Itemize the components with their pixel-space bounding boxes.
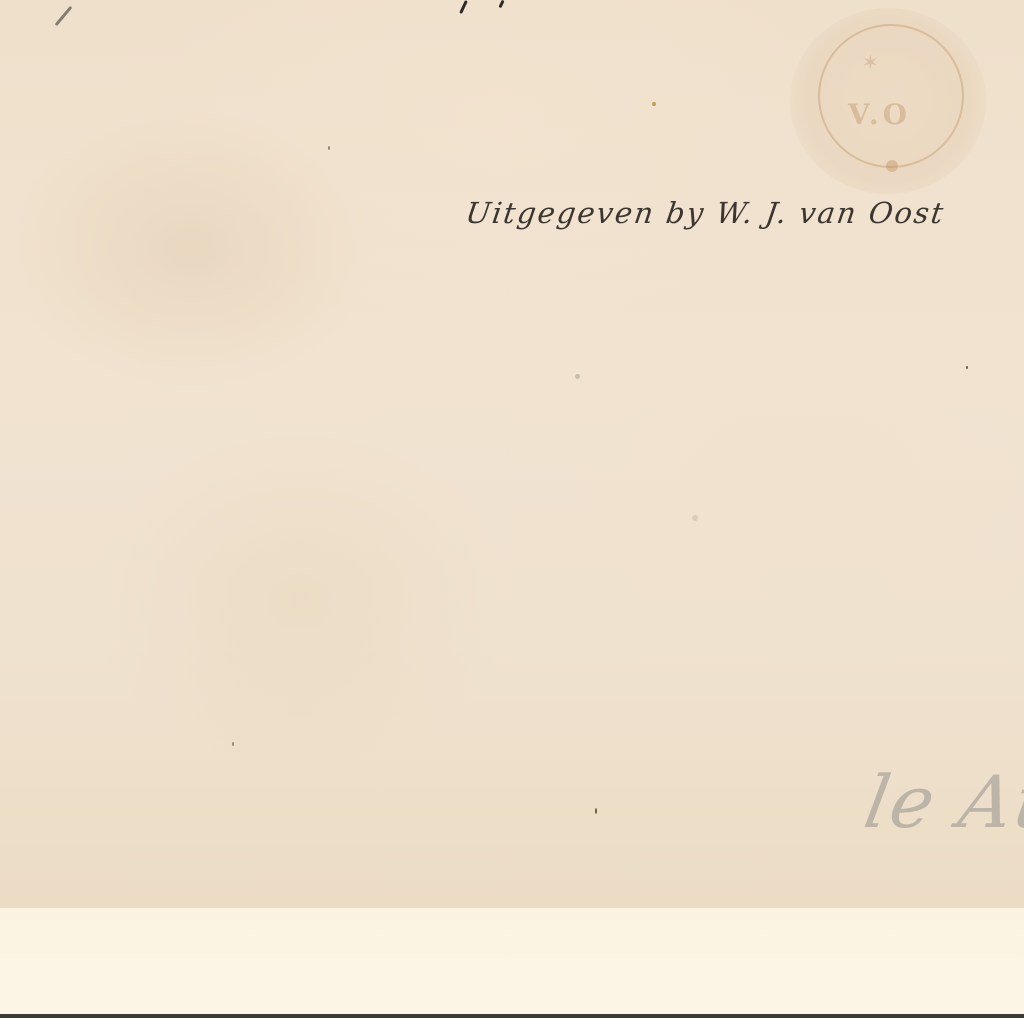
scan-bottom-edge <box>0 1014 1024 1018</box>
print-sheet: ✶ V.O Uitgegeven by W. J. van Oost le Au <box>0 0 1024 909</box>
calligraphy-fragment <box>459 0 468 14</box>
blind-stamp: ✶ V.O <box>790 8 986 194</box>
mount-board <box>0 908 1024 1014</box>
calligraphy-fragment <box>55 6 73 26</box>
paper-speck <box>575 374 580 379</box>
publisher-imprint: Uitgegeven by W. J. van Oost <box>464 196 948 230</box>
calligraphy-fragment <box>498 0 504 8</box>
stamp-initials: V.O <box>848 98 911 131</box>
paper-speck <box>692 515 698 521</box>
paper-speck <box>328 146 330 150</box>
paper-speck <box>966 366 968 369</box>
stamp-top-mark: ✶ <box>862 50 879 74</box>
paper-speck <box>595 808 597 814</box>
stamp-ring <box>818 24 964 168</box>
paper-speck <box>652 102 656 106</box>
pencil-annotation: le Au <box>859 760 1024 844</box>
paper-speck <box>232 742 234 746</box>
stamp-foxing-spot <box>886 160 898 172</box>
